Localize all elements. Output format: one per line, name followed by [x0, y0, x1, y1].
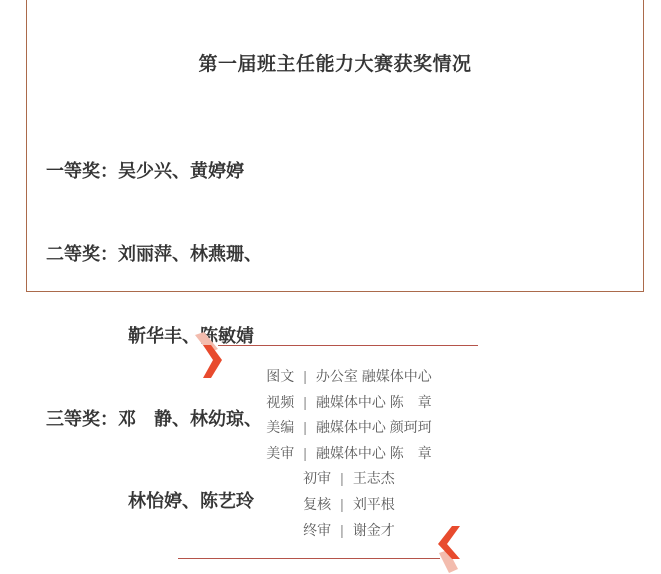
credit-role: 美审 — [266, 445, 294, 461]
credit-row-tuwen: 图文|办公室 融媒体中心 — [39, 364, 659, 390]
credit-row-chushen: 初审|王志杰 — [39, 466, 659, 492]
credit-names: 融媒体中心 陈 章 — [316, 394, 432, 410]
credit-role: 初审 — [303, 470, 331, 486]
credit-names: 办公室 融媒体中心 — [316, 368, 432, 384]
divider-line-bottom — [178, 558, 440, 559]
award-box: 第一届班主任能力大赛获奖情况 一等奖：吴少兴、黄婷婷 二等奖：刘丽萍、林燕珊、 … — [26, 0, 644, 292]
article-page: 第一届班主任能力大赛获奖情况 一等奖：吴少兴、黄婷婷 二等奖：刘丽萍、林燕珊、 … — [0, 0, 661, 574]
pipe-separator: | — [303, 368, 307, 384]
credit-row-meibian: 美编|融媒体中心 颜珂珂 — [39, 415, 659, 441]
award-line-first-prize: 一等奖：吴少兴、黄婷婷 — [46, 158, 262, 186]
credit-names: 刘平根 — [353, 496, 395, 512]
credit-row-fuhe: 复核|刘平根 — [39, 492, 659, 518]
credit-role: 终审 — [303, 522, 331, 538]
credit-names: 融媒体中心 颜珂珂 — [316, 419, 432, 435]
pipe-separator: | — [303, 394, 307, 410]
credit-role: 美编 — [266, 419, 294, 435]
credits-section: 图文|办公室 融媒体中心 视频|融媒体中心 陈 章 美编|融媒体中心 颜珂珂 美… — [39, 364, 659, 543]
credit-names: 融媒体中心 陈 章 — [316, 445, 432, 461]
credit-row-zhongshen: 终审|谢金才 — [39, 518, 659, 544]
award-line-second-prize: 二等奖：刘丽萍、林燕珊、 — [46, 241, 262, 269]
pipe-separator: | — [303, 445, 307, 461]
pipe-separator: | — [340, 470, 344, 486]
credit-names: 谢金才 — [353, 522, 395, 538]
pipe-separator: | — [303, 419, 307, 435]
credit-role: 图文 — [266, 368, 294, 384]
pipe-separator: | — [340, 496, 344, 512]
credit-names: 王志杰 — [353, 470, 395, 486]
divider-line-top — [218, 345, 478, 346]
credit-role: 视频 — [266, 394, 294, 410]
credit-row-meishen: 美审|融媒体中心 陈 章 — [39, 441, 659, 467]
ribbon-chevron-left-icon — [433, 522, 463, 574]
pipe-separator: | — [340, 522, 344, 538]
credit-row-shipin: 视频|融媒体中心 陈 章 — [39, 390, 659, 416]
award-title: 第一届班主任能力大赛获奖情况 — [27, 49, 643, 76]
credit-role: 复核 — [303, 496, 331, 512]
